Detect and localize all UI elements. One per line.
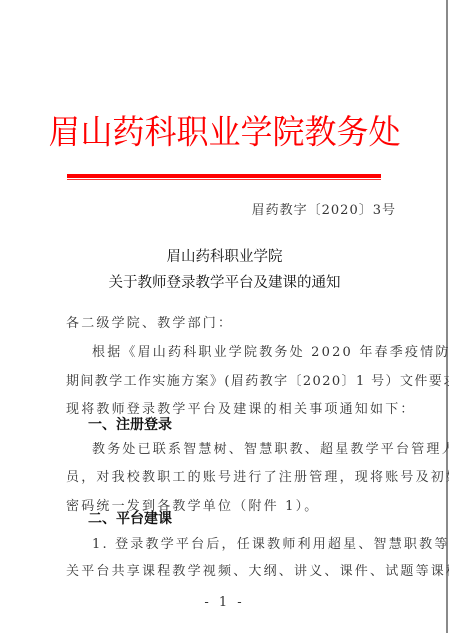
red-rule-thin-line — [67, 179, 381, 180]
intro-line-1: 根据《眉山药科职业学院教务处 2020 年春季疫情防控 — [92, 345, 422, 361]
document-title-line-2: 关于教师登录教学平台及建课的通知 — [0, 271, 449, 292]
section-heading-course-building: 二、平台建课 — [88, 508, 172, 528]
page-number: - 1 - — [0, 595, 449, 610]
red-rule-thick-line — [67, 174, 381, 178]
intro-line-2: 期间教学工作实施方案》(眉药教字〔2020〕1 号）文件要求， — [66, 374, 396, 390]
document-number: 眉药教字〔2020〕3号 — [252, 199, 396, 218]
salutation: 各二级学院、教学部门： — [66, 316, 396, 332]
red-header-rule — [67, 174, 381, 181]
section-1-line-2: 员，对我校教职工的账号进行了注册管理，现将账号及初始 — [66, 470, 396, 486]
section-2-line-2: 关平台共享课程教学视频、大纲、讲义、课件、试题等课程 — [66, 564, 396, 580]
section-heading-registration: 一、注册登录 — [88, 414, 172, 434]
section-1-line-1: 教务处已联系智慧树、智慧职教、超星教学平台管理人 — [92, 442, 422, 458]
masthead-title: 眉山药科职业学院教务处 — [0, 111, 449, 153]
document-title-line-1: 眉山药科职业学院 — [0, 245, 449, 266]
section-2-line-1: 1. 登录教学平台后，任课教师利用超星、智慧职教等相 — [92, 537, 422, 553]
